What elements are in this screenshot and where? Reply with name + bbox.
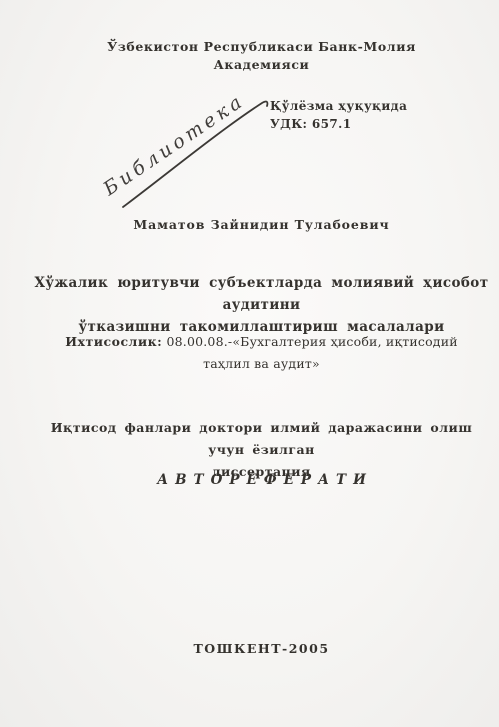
institution-line1: Ўзбекистон Республикаси Банк-Молия <box>30 38 493 56</box>
handwriting-text: Библиотека <box>99 89 249 200</box>
speciality-label: Ихтисослик: <box>65 334 162 349</box>
title-line1: Хўжалик юритувчи субъектларда молиявий ҳ… <box>30 272 493 316</box>
handwritten-library-mark: Библиотека <box>85 88 285 218</box>
speciality-block: Ихтисослик: 08.00.08.-«Бухгалтерия ҳисоб… <box>30 331 493 375</box>
speciality-text: 08.00.08.-«Бухгалтерия ҳисоби, иқтисодий… <box>162 334 457 371</box>
author-name: Маматов Зайнидин Тулабоевич <box>30 217 493 232</box>
dissertation-title: Хўжалик юритувчи субъектларда молиявий ҳ… <box>30 272 493 338</box>
manuscript-rights-line: Қўлёзма ҳуқуқида <box>270 97 407 115</box>
dissertation-cover-page: Ўзбекистон Республикаси Банк-Молия Акаде… <box>0 0 499 727</box>
institution-line2: Академияси <box>30 56 493 74</box>
document-type-heading: АВТОРЕФЕРАТИ <box>30 472 493 488</box>
degree-line1: Иқтисод фанлари доктори илмий даражасини… <box>30 417 493 461</box>
speciality-paragraph: Ихтисослик: 08.00.08.-«Бухгалтерия ҳисоб… <box>56 331 468 375</box>
manuscript-rights-block: Қўлёзма ҳуқуқида УДК: 657.1 <box>270 97 407 133</box>
institution-header: Ўзбекистон Республикаси Банк-Молия Акаде… <box>30 38 493 73</box>
city-year-footer: ТОШКЕНТ-2005 <box>30 641 493 656</box>
udc-code-line: УДК: 657.1 <box>270 115 407 133</box>
